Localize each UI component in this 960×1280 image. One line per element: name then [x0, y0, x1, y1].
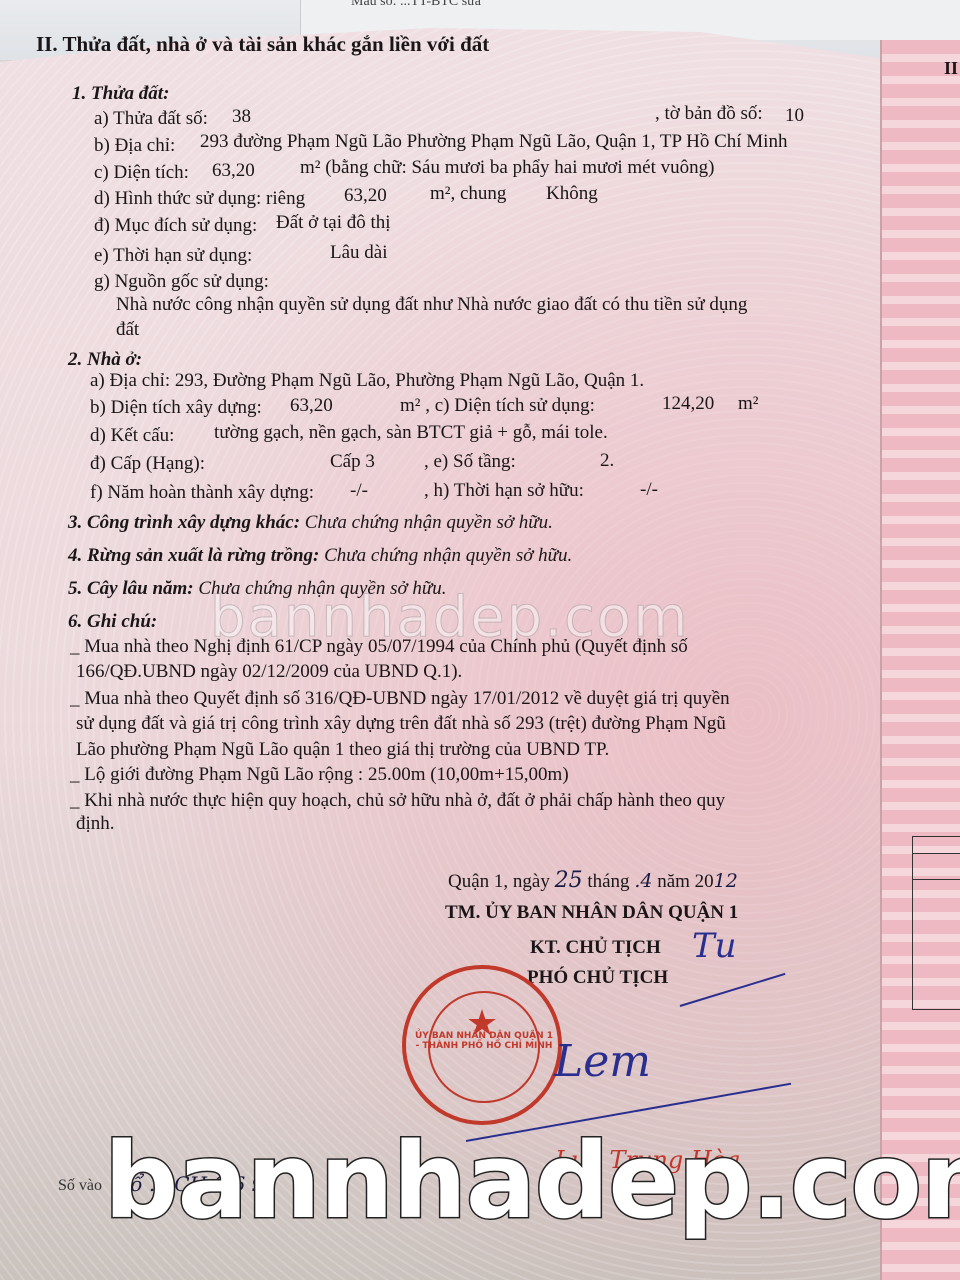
parcel-label: a) Thửa đất số: [94, 109, 208, 128]
origin-label: g) Nguồn gốc sử dụng: [94, 272, 269, 291]
parcel-value: 38 [232, 107, 251, 126]
signer-role-1: KT. CHỦ TỊCH [530, 938, 661, 957]
grade-value: Cấp 3 [330, 452, 375, 471]
map-sheet-label: , tờ bản đồ số: [655, 104, 763, 123]
note-line: _ Mua nhà theo Quyết định số 316/QĐ-UBND… [70, 689, 730, 708]
term-value: Lâu dài [330, 243, 388, 262]
floors-value: 2. [600, 451, 614, 470]
usable-area-value: 124,20 [662, 394, 714, 413]
build-area-value: 63,20 [290, 396, 333, 415]
area-value: 63,20 [212, 161, 255, 180]
map-sheet-value: 10 [785, 106, 804, 125]
other-construction-row: 3. Công trình xây dựng khác: Chưa chứng … [68, 513, 553, 532]
note-line: _ Lộ giới đường Phạm Ngũ Lão rộng : 25.0… [70, 765, 569, 784]
ownership-term-label: , h) Thời hạn sở hữu: [424, 481, 584, 500]
note-line: _ Khi nhà nước thực hiện quy hoạch, chủ … [70, 791, 725, 810]
section-title: II. Thửa đất, nhà ở và tài sản khác gắn … [36, 34, 489, 55]
land-heading: 1. Thửa đất: [72, 84, 169, 103]
term-label: e) Thời hạn sử dụng: [94, 246, 252, 265]
usage-form-label: d) Hình thức sử dụng: riêng [94, 189, 305, 208]
signer-role-2: PHÓ CHỦ TỊCH [527, 968, 668, 987]
floors-label: , e) Số tầng: [424, 452, 516, 471]
adjacent-page-heading: II [944, 58, 958, 79]
production-forest-row: 4. Rừng sản xuất là rừng trồng: Chưa chứ… [68, 546, 572, 565]
initial-signature: Tu [692, 926, 737, 966]
structure-label: d) Kết cấu: [90, 426, 174, 445]
registry-label: Số vào [58, 1178, 102, 1194]
origin-value-line2: đất [116, 320, 139, 339]
area-label: c) Diện tích: [94, 163, 189, 182]
note-line: sử dụng đất và giá trị công trình xây dự… [76, 714, 726, 733]
note-line: 166/QĐ.UBND ngày 02/12/2009 của UBND Q.1… [76, 662, 462, 681]
note-line: định. [76, 814, 115, 833]
note-line: Lão phường Phạm Ngũ Lão quận 1 theo giá … [76, 740, 609, 759]
issue-date: Quận 1, ngày 25 tháng .4 năm 2012 [448, 870, 738, 892]
house-address: a) Địa chỉ: 293, Đường Phạm Ngũ Lão, Phư… [90, 371, 644, 390]
year-value: -/- [350, 481, 368, 500]
ownership-term-value: -/- [640, 480, 658, 499]
purpose-value: Đất ở tại đô thị [276, 213, 391, 232]
usage-shared-label: m², chung [430, 184, 506, 203]
house-heading: 2. Nhà ở: [68, 350, 142, 369]
year-label: f) Năm hoàn thành xây dựng: [90, 483, 314, 502]
adjacent-table [912, 836, 960, 1010]
build-area-label: b) Diện tích xây dựng: [90, 398, 262, 417]
main-signature: Lem [554, 1036, 651, 1087]
watermark-large: bannhadep.com [104, 1120, 960, 1242]
note-line: _ Mua nhà theo Nghị định 61/CP ngày 05/0… [70, 637, 688, 656]
usable-area-unit: m² [738, 394, 758, 413]
usable-area-label: m² , c) Diện tích sử dụng: [400, 396, 595, 415]
origin-value-line1: Nhà nước công nhận quyền sử dụng đất như… [116, 295, 747, 314]
area-words: m² (bằng chữ: Sáu mươi ba phẩy hai mươi … [300, 158, 714, 177]
address-value: 293 đường Phạm Ngũ Lão Phường Phạm Ngũ L… [200, 132, 787, 151]
adjacent-page: II [880, 40, 960, 1280]
issuing-organization: TM. ỦY BAN NHÂN DÂN QUẬN 1 [445, 903, 738, 922]
structure-value: tường gạch, nền gạch, sàn BTCT giả + gỗ,… [214, 423, 608, 442]
purpose-label: đ) Mục đích sử dụng: [94, 216, 257, 235]
address-label: b) Địa chỉ: [94, 136, 175, 155]
form-number: Mẫu số: ...TT-BTC sửa [351, 0, 481, 10]
grade-label: đ) Cấp (Hạng): [90, 454, 205, 473]
notes-heading: 6. Ghi chú: [68, 612, 157, 631]
usage-private-value: 63,20 [344, 186, 387, 205]
usage-shared-value: Không [546, 184, 598, 203]
official-seal: ★ ỦY BAN NHÂN DÂN QUẬN 1 - THÀNH PHỐ HỒ … [402, 965, 562, 1125]
